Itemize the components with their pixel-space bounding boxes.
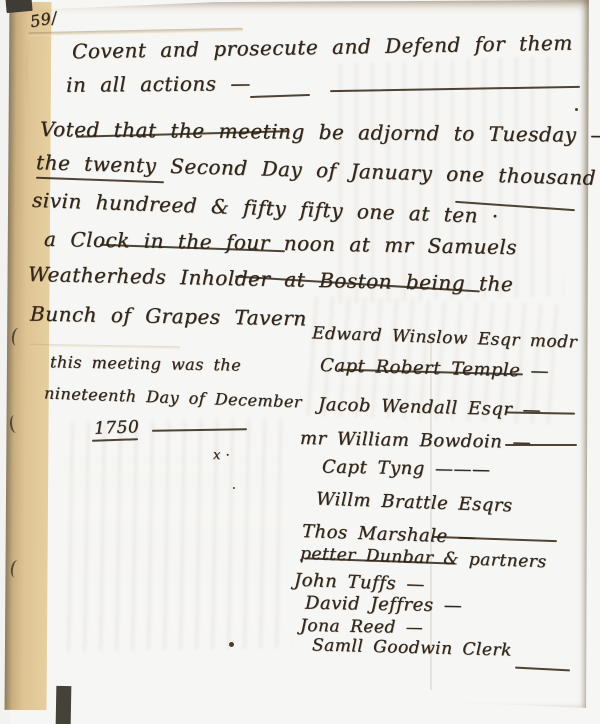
foxing-speck: [233, 487, 235, 489]
foxing-speck: [575, 108, 578, 111]
manuscript-photo: 59/ Covent and prosecute and Defend for …: [0, 0, 600, 724]
margin-x-mark: x ·: [213, 448, 230, 463]
ink-stroke-flourish: [505, 444, 577, 446]
margin-note-year: 1750: [94, 417, 140, 439]
ink-showthrough: [58, 418, 292, 652]
body-line-2: in all actions —: [66, 71, 251, 97]
binding-strip-bottom: [56, 686, 72, 724]
attendee-name: David Jeffres —: [305, 593, 463, 617]
attendee-name: mr William Bowdoin —: [300, 428, 531, 453]
attendee-name: Capt Tyng ———: [322, 457, 491, 481]
body-line-8: Bunch of Grapes Tavern: [30, 302, 307, 331]
foxing-speck: [229, 642, 234, 647]
binding-strip-top: [5, 0, 32, 13]
margin-note-line-1: this meeting was the: [50, 352, 241, 374]
